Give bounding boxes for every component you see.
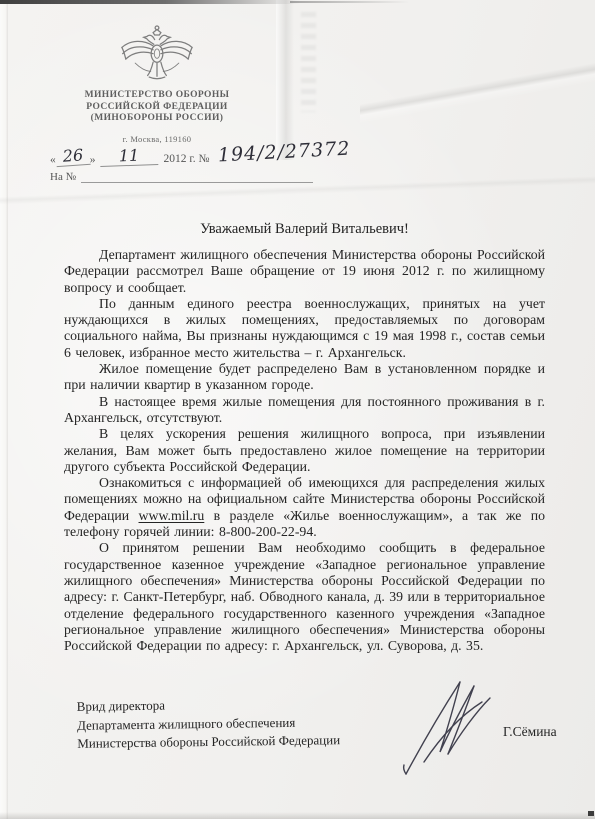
scanned-letter-page: МИНИСТЕРСТВО ОБОРОНЫ РОССИЙСКОЙ ФЕДЕРАЦИ… (0, 0, 595, 819)
letter-paragraph: Жилое помещение будет распределено Вам в… (64, 361, 545, 394)
reply-to-line: На № (50, 170, 313, 183)
scan-bottom-shadow (0, 812, 595, 819)
signer-position-line3: Министерства обороны Российской Федераци… (77, 731, 340, 753)
scan-corner-speck (588, 811, 594, 816)
reference-line: « 26 » 11 2012 г. № 194/2/27372 (50, 144, 410, 166)
scan-top-shadow-thin (290, 1, 410, 3)
org-name-line1: МИНИСТЕРСТВО ОБОРОНЫ (68, 90, 246, 102)
reply-to-blank-underline (81, 170, 313, 183)
letter-body: Департамент жилищного обеспечения Минист… (64, 247, 545, 654)
scan-top-shadow (0, 0, 300, 4)
handwritten-signature (398, 678, 508, 778)
letter-paragraph: Департамент жилищного обеспечения Минист… (64, 247, 545, 296)
ink-bleedthrough (301, 12, 316, 112)
open-quote: « (50, 154, 56, 166)
paper-crease-vertical (276, 0, 294, 160)
org-name-line3: (МИНОБОРОНЫ РОССИИ) (68, 113, 246, 125)
paper-left-edge (0, 0, 8, 819)
year-and-number-label: 2012 г. № (164, 153, 210, 166)
paper-crease-diagonal (360, 30, 595, 150)
handwritten-day: 26 (55, 145, 90, 167)
letter-paragraph: В целях ускорения решения жилищного вопр… (64, 426, 545, 475)
letter-paragraph-website: Ознакомиться с информацией об имеющихся … (64, 475, 545, 540)
double-headed-eagle-icon (118, 24, 196, 88)
letter-paragraph: В настоящее время жилые помещения для по… (64, 394, 545, 427)
letter-paragraph: О принятом решении Вам необходимо сообщи… (64, 540, 545, 654)
handwritten-month: 11 (99, 145, 158, 167)
org-address: г. Москва, 119160 (68, 134, 246, 144)
signature-block: Врид директора Департамента жилищного об… (77, 694, 341, 753)
signer-name: Г.Сёмина (503, 724, 557, 740)
letterhead: МИНИСТЕРСТВО ОБОРОНЫ РОССИЙСКОЙ ФЕДЕРАЦИ… (68, 24, 246, 144)
org-name-line2: РОССИЙСКОЙ ФЕДЕРАЦИИ (68, 102, 246, 114)
salutation: Уважаемый Валерий Витальевич! (64, 221, 545, 238)
letter-paragraph: По данным единого реестра военнослужащих… (64, 296, 545, 361)
reply-to-label: На № (50, 171, 76, 183)
